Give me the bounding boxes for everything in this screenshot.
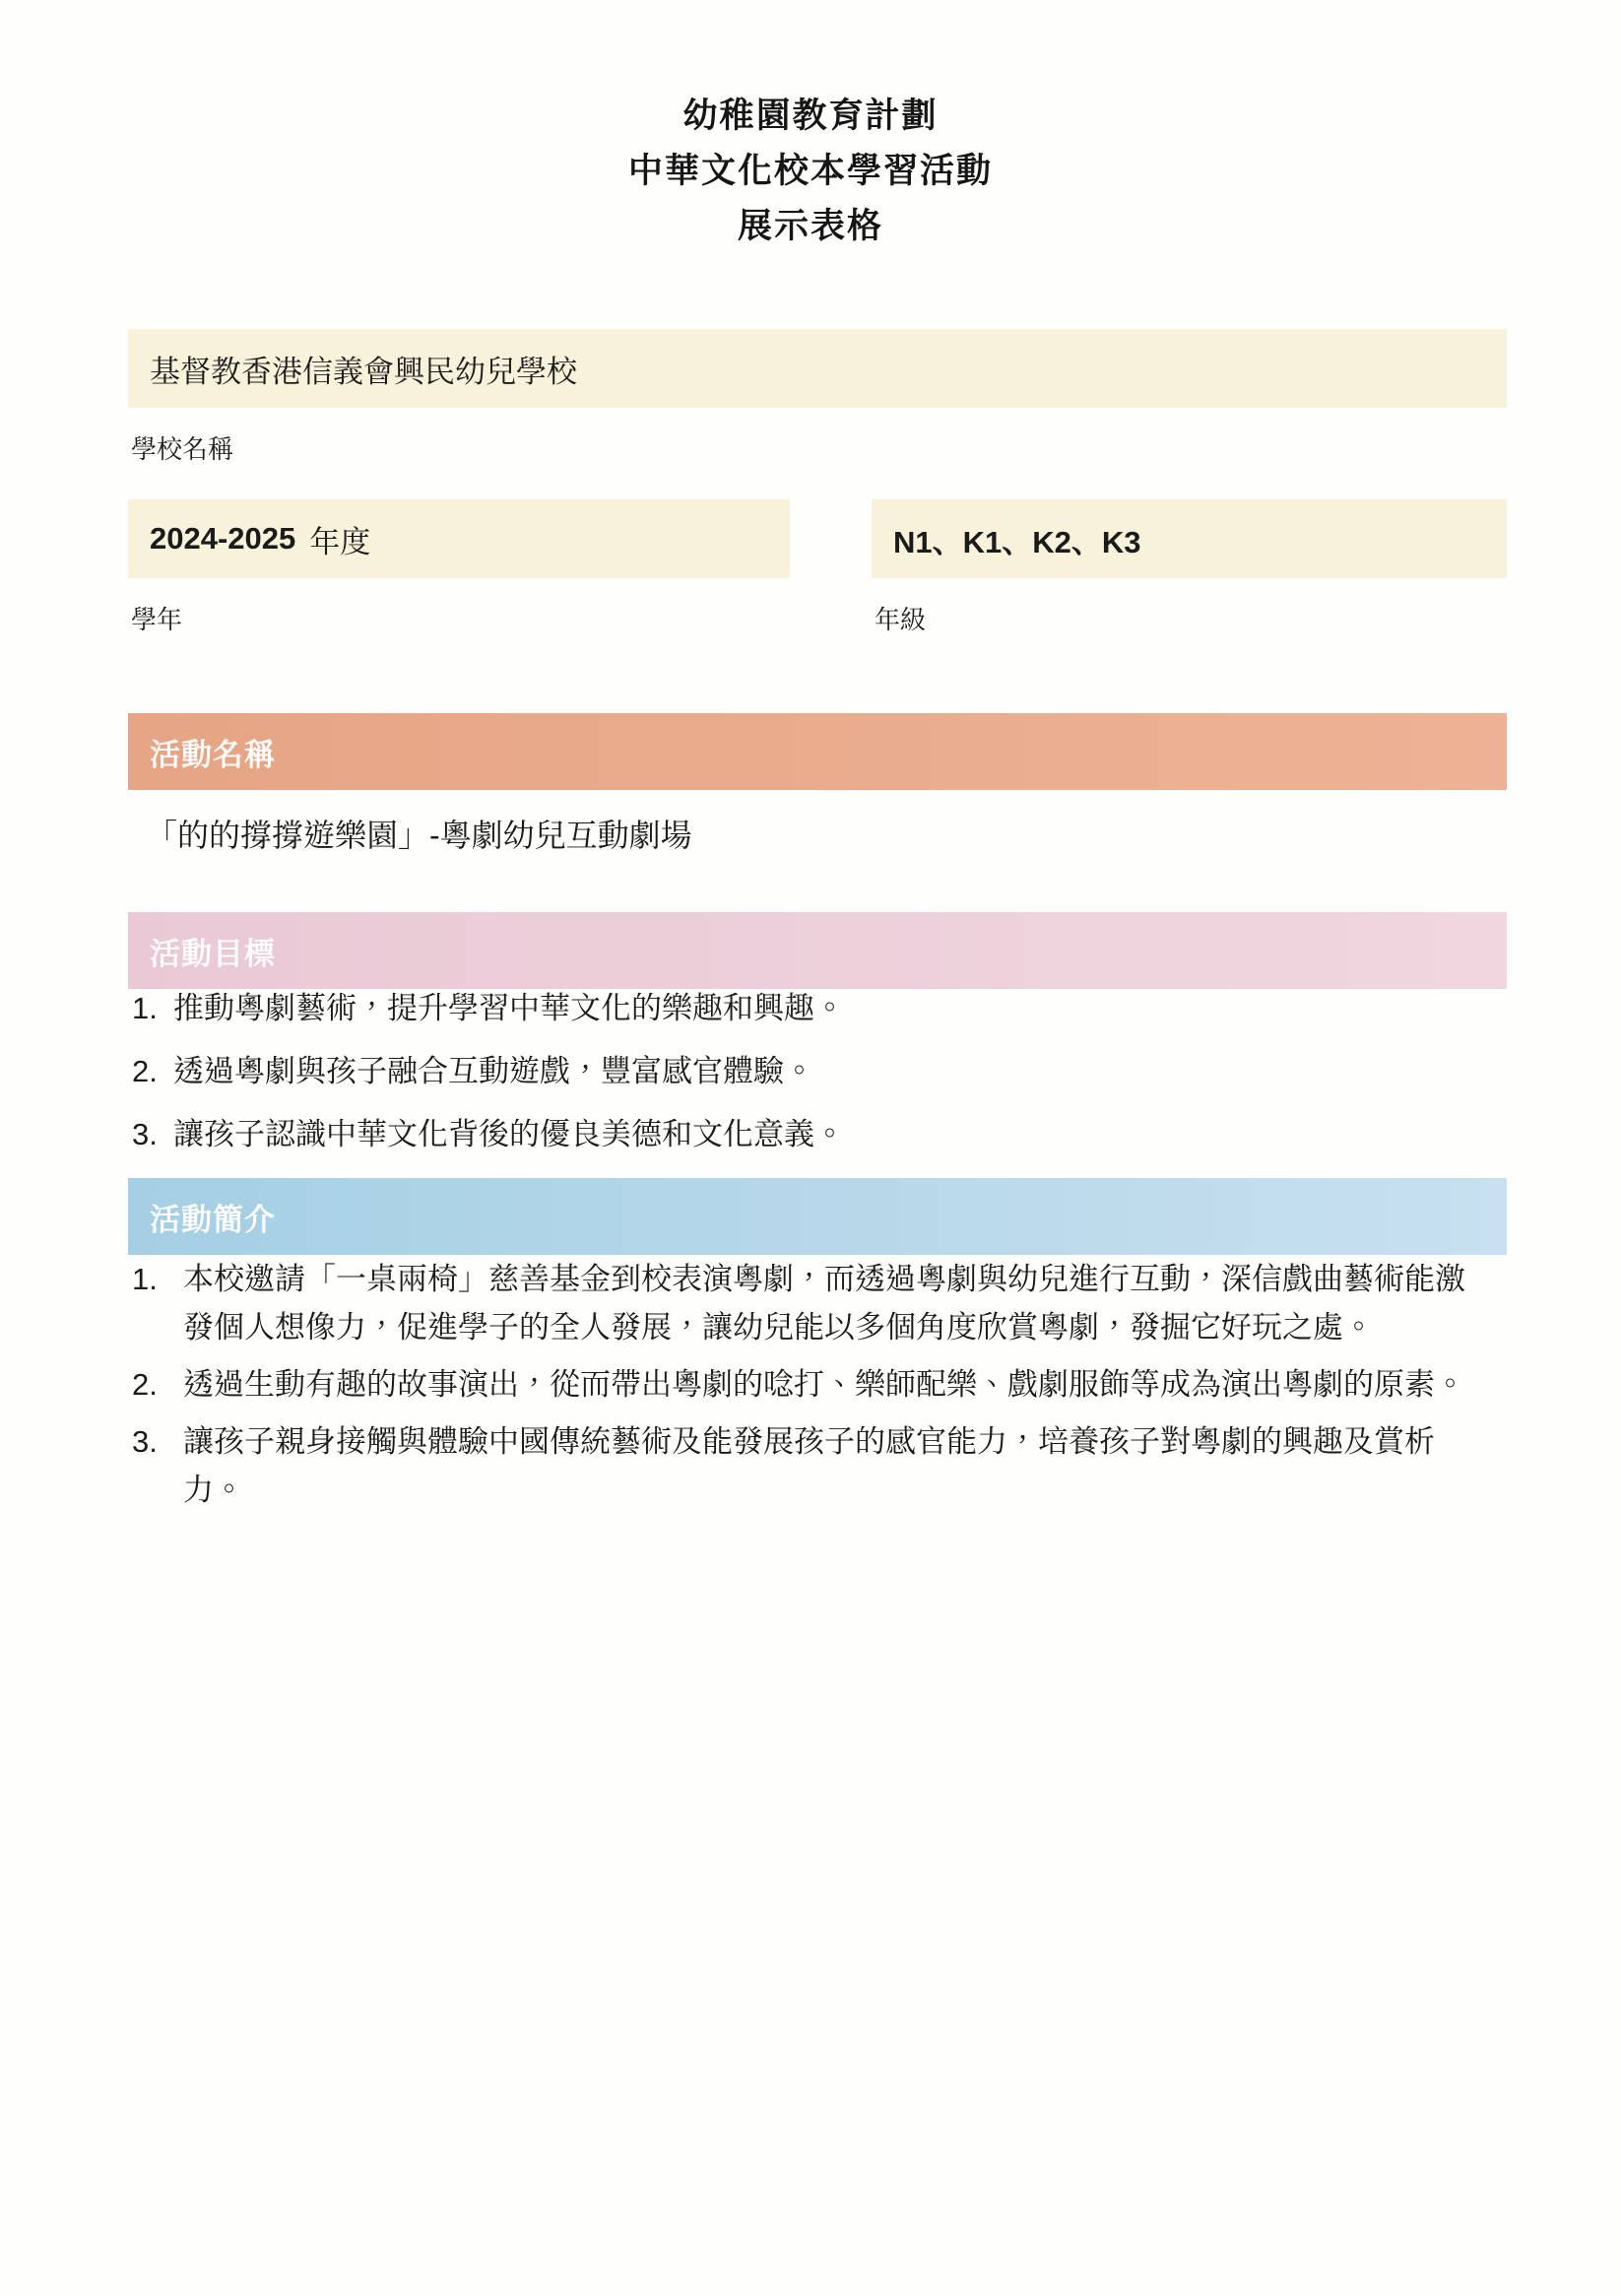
objective-item: 2. 透過粵劇與孩子融合互動遊戲，豐富感官體驗。 [132,1052,1507,1091]
school-year-suffix: 年度 [309,517,370,561]
school-year-value: 2024-2025 年度 [128,499,790,578]
introduction-list: 1. 本校邀請「一桌兩椅」慈善基金到校表演粵劇，而透過粵劇與幼兒進行互動，深信戲… [128,1255,1507,1514]
objective-item: 1. 推動粵劇藝術，提升學習中華文化的樂趣和興趣。 [132,989,1507,1028]
school-name-field: 基督教香港信義會興民幼兒學校 學校名稱 [128,329,1507,466]
introduction-item: 1. 本校邀請「一桌兩椅」慈善基金到校表演粵劇，而透過粵劇與幼兒進行互動，深信戲… [132,1255,1507,1351]
introduction-text: 讓孩子親身接觸與體驗中國傳統藝術及能發展孩子的感官能力，培養孩子對粵劇的興趣及賞… [183,1417,1493,1514]
objective-text: 讓孩子認識中華文化背後的優良美德和文化意義。 [173,1115,845,1154]
introduction-item: 2. 透過生動有趣的故事演出，從而帶出粵劇的唸打、樂師配樂、戲劇服飾等成為演出粵… [132,1360,1507,1409]
activity-name-header-bar: 活動名稱 [128,713,1507,790]
introduction-number: 3. [132,1417,183,1466]
title-line-1: 幼稚園教育計劃 [0,89,1621,144]
introduction-text: 本校邀請「一桌兩椅」慈善基金到校表演粵劇，而透過粵劇與幼兒進行互動，深信戲曲藝術… [183,1255,1493,1351]
introduction-item: 3. 讓孩子親身接觸與體驗中國傳統藝術及能發展孩子的感官能力，培養孩子對粵劇的興… [132,1417,1507,1514]
school-year-label: 學年 [128,600,790,636]
form-title: 幼稚園教育計劃 中華文化校本學習活動 展示表格 [0,0,1621,254]
introduction-number: 2. [132,1360,183,1409]
introduction-number: 1. [132,1255,183,1303]
activity-introduction-section: 活動簡介 1. 本校邀請「一桌兩椅」慈善基金到校表演粵劇，而透過粵劇與幼兒進行互… [128,1178,1507,1514]
objective-text: 透過粵劇與孩子融合互動遊戲，豐富感官體驗。 [173,1052,814,1091]
display-form-page: 幼稚園教育計劃 中華文化校本學習活動 展示表格 基督教香港信義會興民幼兒學校 學… [0,0,1621,2296]
activity-name-text: 「的的撐撐遊樂園」-粵劇幼兒互動劇場 [128,816,1507,855]
school-year-number: 2024-2025 [150,521,295,557]
activity-objectives-header-bar: 活動目標 [128,912,1507,989]
school-year-field: 2024-2025 年度 學年 [128,499,790,636]
objective-number: 1. [132,989,173,1028]
objective-number: 3. [132,1115,173,1154]
school-name-value: 基督教香港信義會興民幼兒學校 [128,329,1507,408]
objectives-list: 1. 推動粵劇藝術，提升學習中華文化的樂趣和興趣。 2. 透過粵劇與孩子融合互動… [128,989,1507,1154]
grade-levels-value: N1、K1、K2、K3 [872,499,1507,578]
objective-text: 推動粵劇藝術，提升學習中華文化的樂趣和興趣。 [173,989,845,1028]
school-name-label: 學校名稱 [128,429,1507,466]
activity-name-section: 活動名稱 「的的撐撐遊樂園」-粵劇幼兒互動劇場 [128,713,1507,855]
activity-objectives-section: 活動目標 1. 推動粵劇藝術，提升學習中華文化的樂趣和興趣。 2. 透過粵劇與孩… [128,912,1507,1154]
title-line-3: 展示表格 [0,199,1621,254]
grade-levels-field: N1、K1、K2、K3 年級 [872,499,1507,636]
introduction-text: 透過生動有趣的故事演出，從而帶出粵劇的唸打、樂師配樂、戲劇服飾等成為演出粵劇的原… [183,1360,1493,1409]
objective-number: 2. [132,1052,173,1091]
activity-introduction-header-bar: 活動簡介 [128,1178,1507,1255]
objective-item: 3. 讓孩子認識中華文化背後的優良美德和文化意義。 [132,1115,1507,1154]
grade-levels-label: 年級 [872,600,1507,636]
form-content: 基督教香港信義會興民幼兒學校 學校名稱 2024-2025 年度 學年 N1、K… [128,329,1507,1514]
year-grade-row: 2024-2025 年度 學年 N1、K1、K2、K3 年級 [128,499,1507,636]
title-line-2: 中華文化校本學習活動 [0,144,1621,199]
